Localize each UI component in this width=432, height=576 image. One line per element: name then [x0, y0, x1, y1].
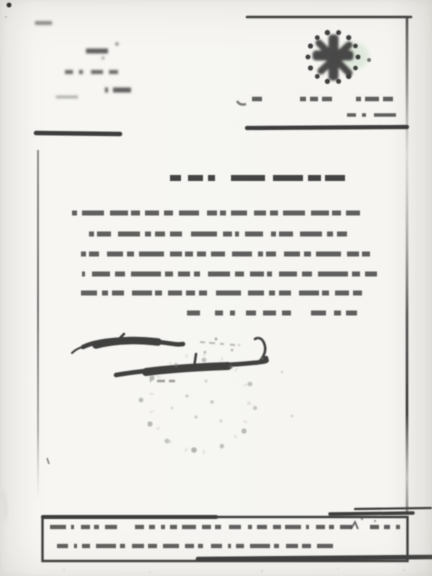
page-frame — [247, 17, 411, 512]
corner-speck — [5, 3, 11, 18]
seal-eagle-center — [313, 35, 353, 80]
footer-box — [43, 508, 432, 561]
letterhead-left — [35, 23, 131, 97]
footer-bottom-accent — [198, 557, 432, 559]
official-seal — [306, 30, 372, 84]
header-rule — [247, 127, 407, 128]
stray-mark — [47, 458, 49, 464]
letterhead-underline — [36, 133, 120, 134]
scan-ink-layer — [0, 0, 432, 576]
scanned-letter-page — [0, 0, 432, 576]
header-right-text — [237, 99, 396, 115]
signature — [72, 334, 267, 381]
round-ink-stamp — [139, 337, 294, 453]
body-paragraph — [72, 213, 377, 313]
